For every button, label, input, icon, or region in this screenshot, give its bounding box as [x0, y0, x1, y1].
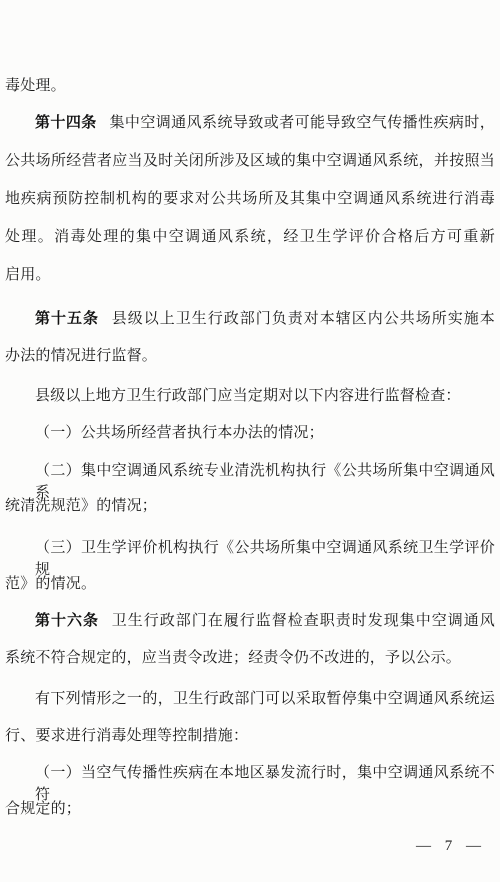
- article-term: 第十五条: [35, 311, 99, 327]
- text-line: 统清洗规范》的情况；: [5, 495, 495, 517]
- article-16-heading-line: 第十六条卫生行政部门在履行监督检查职责时发现集中空调通风: [5, 610, 495, 632]
- footer-page-number: — 7 —: [416, 835, 486, 857]
- text-line: 卫生行政部门在履行监督检查职责时发现集中空调通风: [112, 613, 495, 629]
- text-line: 办法的情况进行监督。: [5, 345, 495, 367]
- article-term: 第十四条: [35, 115, 97, 131]
- text-line: 毒处理。: [5, 75, 495, 97]
- text-line: 县级以上卫生行政部门负责对本辖区内公共场所实施本: [112, 311, 495, 327]
- article-term: 第十六条: [35, 613, 99, 629]
- text-line: 地疾病预防控制机构的要求对公共场所及其集中空调通风系统进行消毒: [5, 188, 495, 210]
- text-line: 县级以上地方卫生行政部门应当定期对以下内容进行监督检查：: [5, 385, 495, 407]
- list-item-line: （一）公共场所经营者执行本办法的情况；: [5, 422, 495, 444]
- article-14-heading-line: 第十四条集中空调通风系统导致或者可能导致空气传播性疾病时，: [5, 112, 495, 134]
- list-item-line: （一）当空气传播性疾病在本地区暴发流行时，集中空调通风系统不符: [5, 762, 495, 784]
- text-line: 公共场所经营者应当及时关闭所涉及区域的集中空调通风系统，并按照当: [5, 150, 495, 172]
- document-page: 毒处理。 第十四条集中空调通风系统导致或者可能导致空气传播性疾病时， 公共场所经…: [0, 0, 500, 882]
- list-item-line: （二）集中空调通风系统专业清洗机构执行《公共场所集中空调通风系: [5, 460, 495, 482]
- list-item-line: （三）卫生学评价机构执行《公共场所集中空调通风系统卫生学评价规: [5, 537, 495, 559]
- text-line: 集中空调通风系统导致或者可能导致空气传播性疾病时，: [109, 115, 495, 131]
- text-line: 行、要求进行消毒处理等控制措施：: [5, 725, 495, 747]
- text-line: 处理。消毒处理的集中空调通风系统，经卫生学评价合格后方可重新: [5, 226, 495, 248]
- text-line: 范》的情况。: [5, 573, 495, 595]
- text-line: 系统不符合规定的，应当责令改进；经责令仍不改进的，予以公示。: [5, 647, 495, 669]
- text-line: 合规定的；: [5, 798, 495, 820]
- text-line: 启用。: [5, 264, 495, 286]
- text-line: 有下列情形之一的，卫生行政部门可以采取暂停集中空调通风系统运: [5, 688, 495, 710]
- article-15-heading-line: 第十五条县级以上卫生行政部门负责对本辖区内公共场所实施本: [5, 308, 495, 330]
